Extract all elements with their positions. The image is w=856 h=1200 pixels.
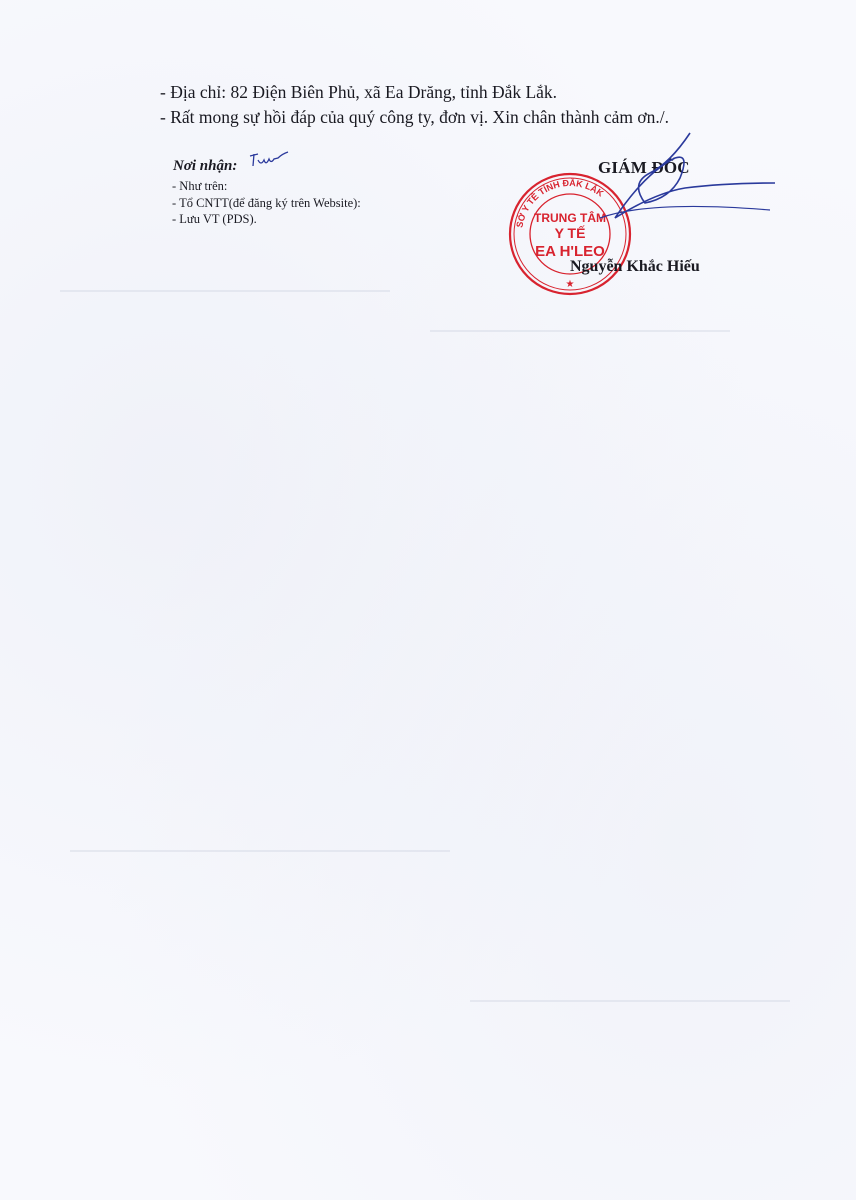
initial-signature-icon <box>248 150 290 172</box>
recipients-title: Nơi nhận: <box>173 158 237 175</box>
recipient-item: Lưu VT (PDS). <box>172 211 361 228</box>
show-through-mark <box>60 290 390 292</box>
recipients-list: Như trên: Tổ CNTT(để đăng ký trên Websit… <box>172 178 361 228</box>
handwritten-signature-icon <box>540 128 780 278</box>
show-through-mark <box>430 330 730 332</box>
recipient-item: Tổ CNTT(để đăng ký trên Website): <box>172 195 361 212</box>
svg-text:★: ★ <box>566 279 575 290</box>
show-through-mark <box>470 1000 790 1002</box>
closing-line: - Rất mong sự hồi đáp của quý công ty, đ… <box>160 107 669 128</box>
address-line: - Địa chỉ: 82 Điện Biên Phủ, xã Ea Drăng… <box>160 82 557 103</box>
show-through-mark <box>70 850 450 852</box>
recipient-item: Như trên: <box>172 178 361 195</box>
